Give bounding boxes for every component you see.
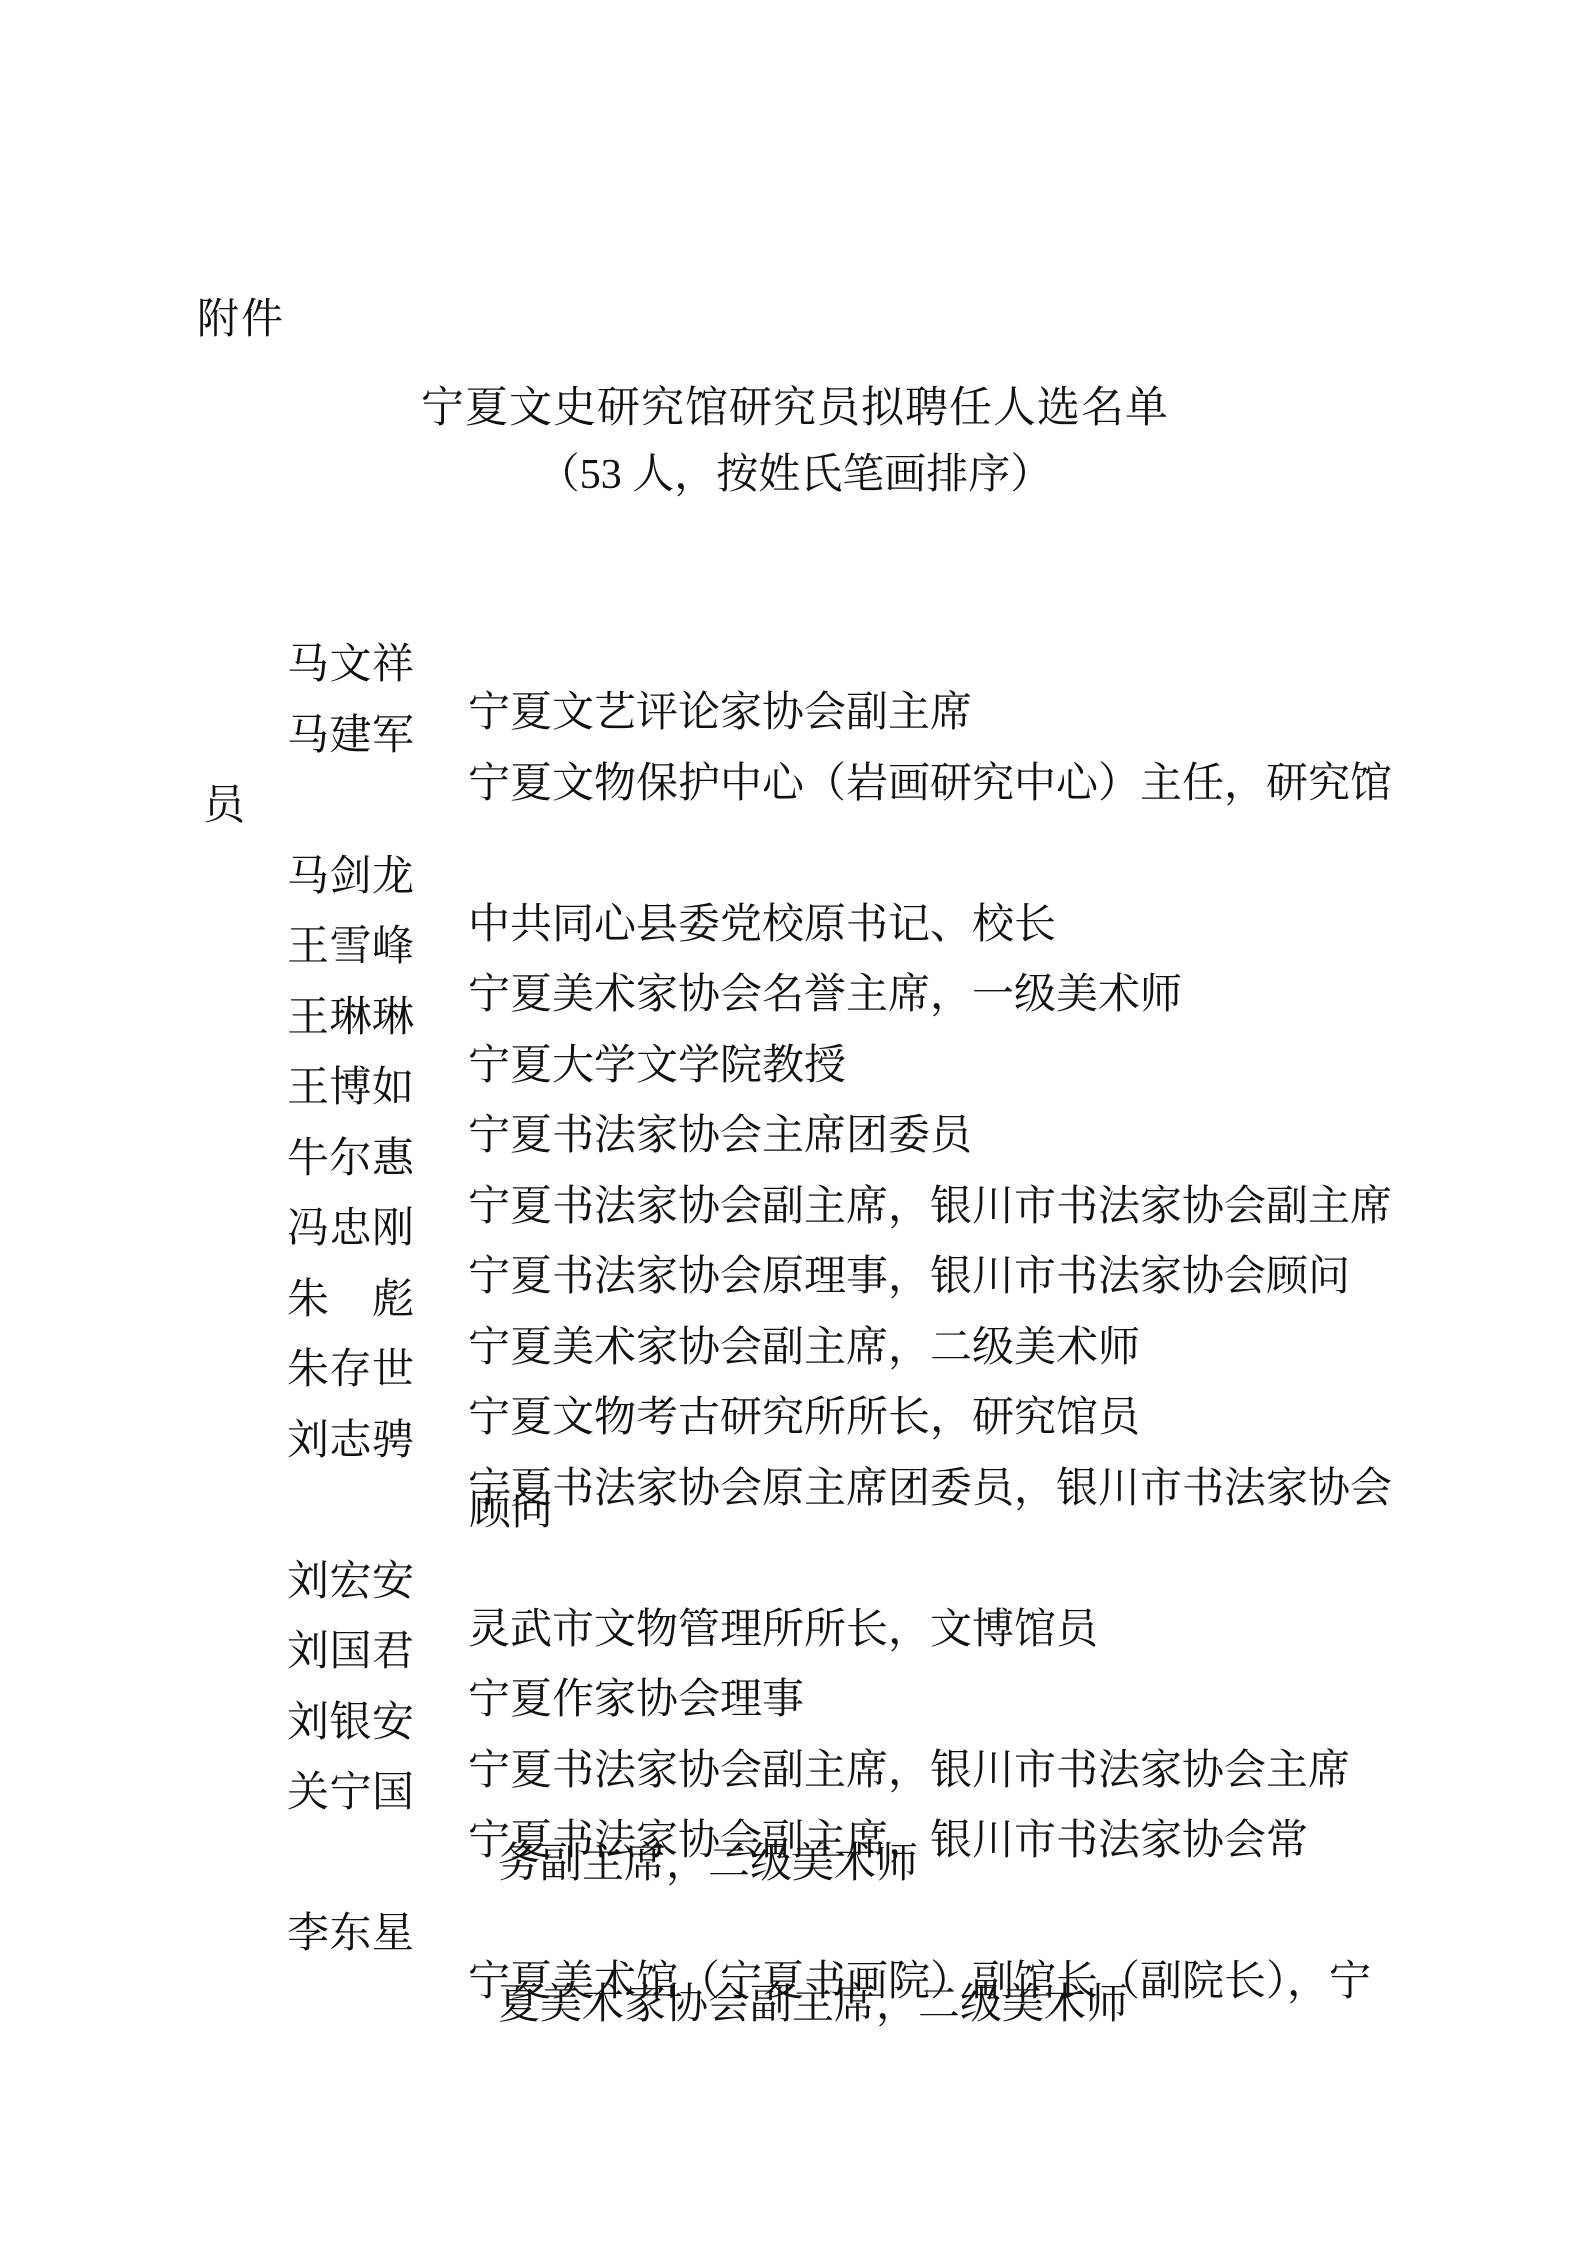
list-line-continuation: 员: [0, 734, 1587, 782]
list-line-continuation: 顾问: [0, 1439, 1587, 1487]
list-line: 王琳琳 宁夏大学文学院教授: [0, 946, 1587, 994]
list-line: 马文祥 宁夏文艺评论家协会副主席: [0, 593, 1587, 641]
list-line: 朱 彪 宁夏美术家协会副主席，二级美术师: [0, 1228, 1587, 1276]
list-line: 刘志骋 宁夏书法家协会原主席团委员，银川市书法家协会: [0, 1369, 1587, 1417]
list-line: 冯忠刚 宁夏书法家协会原理事，银川市书法家协会顾问: [0, 1157, 1587, 1205]
list-line: 刘国君 宁夏作家协会理事: [0, 1580, 1587, 1628]
document-page: 附件 宁夏文史研究馆研究员拟聘任人选名单 （53 人，按姓氏笔画排序） 马文祥 …: [0, 0, 1587, 2245]
list-line: 马建军 宁夏文物保护中心（岩画研究中心）主任，研究馆: [0, 664, 1587, 712]
list-line: 马剑龙 中共同心县委党校原书记、校长: [0, 805, 1587, 853]
list-line: 关宁国 宁夏书法家协会副主席，银川市书法家协会常: [0, 1721, 1587, 1769]
list-line: 王雪峰 宁夏美术家协会名誉主席，一级美术师: [0, 875, 1587, 923]
list-line-continuation: 夏美术家协会副主席，二级美术师: [0, 1933, 1587, 1981]
list-line: 朱存世 宁夏文物考古研究所所长，研究馆员: [0, 1298, 1587, 1346]
list-line-continuation: 务副主席，二级美术师: [0, 1792, 1587, 1840]
list-line: 王博如 宁夏书法家协会主席团委员: [0, 1016, 1587, 1064]
document-title: 宁夏文史研究馆研究员拟聘任人选名单: [200, 384, 1390, 434]
list-line: 刘银安 宁夏书法家协会副主席，银川市书法家协会主席: [0, 1651, 1587, 1699]
list-line: 李东星 宁夏美术馆（宁夏书画院）副馆长（副院长），宁: [0, 1862, 1587, 1910]
document-subtitle: （53 人，按姓氏笔画排序）: [200, 451, 1390, 499]
person-title-continued: 夏美术家协会副主席，二级美术师: [498, 1981, 1128, 2029]
list-line: 牛尔惠 宁夏书法家协会副主席，银川市书法家协会副主席: [0, 1087, 1587, 1135]
list-line: 刘宏安 灵武市文物管理所所长，文博馆员: [0, 1510, 1587, 1558]
attachment-label: 附件: [197, 296, 285, 344]
